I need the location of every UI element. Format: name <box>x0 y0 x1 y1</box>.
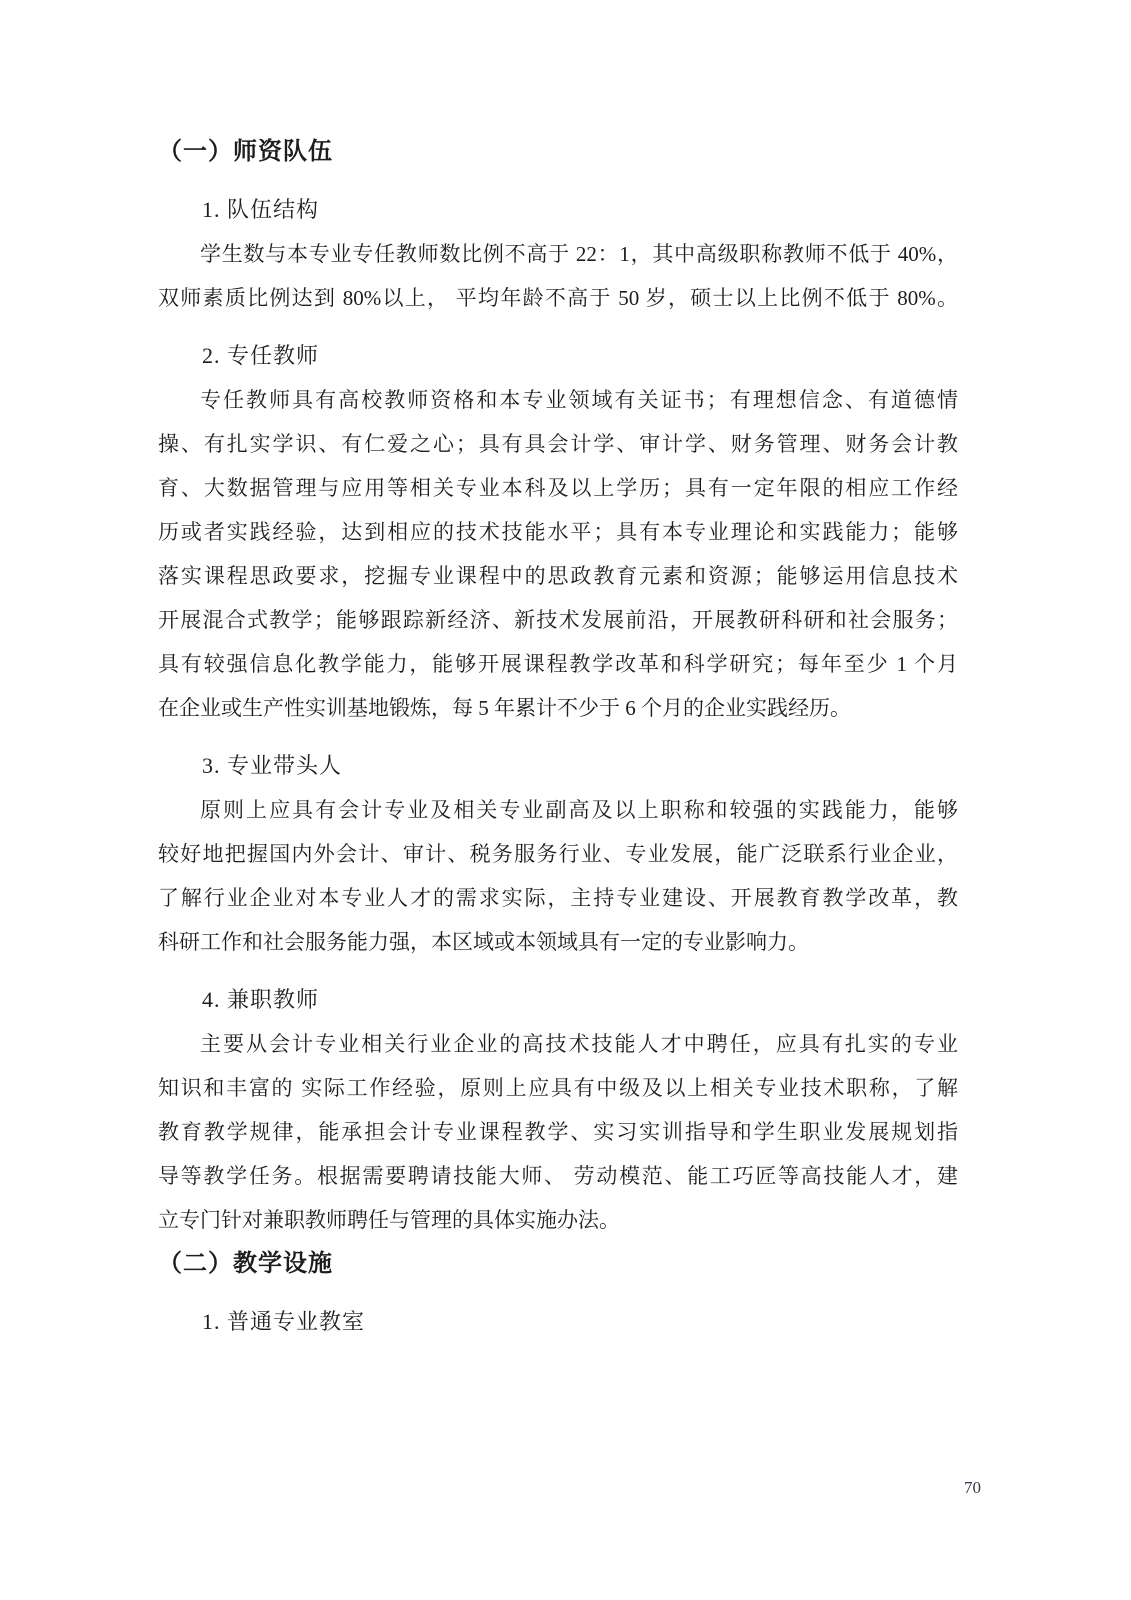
paragraph-line: 导等教学任务。根据需要聘请技能大师、 劳动模范、能工巧匠等高技能人才，建 <box>158 1154 958 1198</box>
paragraph-fulltime-teachers: 专任教师具有高校教师资格和本专业领域有关证书；有理想信念、有道德情 操、有扎实学… <box>158 378 958 730</box>
paragraph-line: 较好地把握国内外会计、审计、税务服务行业、专业发展，能广泛联系行业企业， <box>158 832 958 876</box>
paragraph-line: 落实课程思政要求，挖掘专业课程中的思政教育元素和资源；能够运用信息技术 <box>158 554 958 598</box>
subsection-heading-ordinary-classroom: 1. 普通专业教室 <box>158 1300 958 1344</box>
page-number: 70 <box>964 1478 981 1498</box>
paragraph-line: 教育教学规律，能承担会计专业课程教学、实习实训指导和学生职业发展规划指 <box>158 1110 958 1154</box>
document-page: （一）师资队伍 1. 队伍结构 学生数与本专业专任教师数比例不高于 22：1，其… <box>0 0 1131 1600</box>
paragraph-line: 了解行业企业对本专业人才的需求实际，主持专业建设、开展教育教学改革，教 <box>158 876 958 920</box>
subsection-heading-team-structure: 1. 队伍结构 <box>158 188 958 232</box>
section-heading-teaching-facilities: （二）教学设施 <box>158 1242 958 1286</box>
subsection-heading-fulltime-teachers: 2. 专任教师 <box>158 334 958 378</box>
paragraph-line: 历或者实践经验，达到相应的技术技能水平；具有本专业理论和实践能力；能够 <box>158 510 958 554</box>
paragraph-line: 双师素质比例达到 80%以上， 平均年龄不高于 50 岁，硕士以上比例不低于 8… <box>158 276 958 320</box>
section-heading-teachers: （一）师资队伍 <box>158 130 958 174</box>
paragraph-line: 科研工作和社会服务能力强，本区域或本领域具有一定的专业影响力。 <box>158 920 958 964</box>
paragraph-line: 育、大数据管理与应用等相关专业本科及以上学历；具有一定年限的相应工作经 <box>158 466 958 510</box>
paragraph-line: 立专门针对兼职教师聘任与管理的具体实施办法。 <box>158 1198 958 1242</box>
paragraph-team-structure: 学生数与本专业专任教师数比例不高于 22：1，其中高级职称教师不低于 40%， … <box>158 232 958 320</box>
paragraph-line: 学生数与本专业专任教师数比例不高于 22：1，其中高级职称教师不低于 40%， <box>158 232 958 276</box>
paragraph-line: 主要从会计专业相关行业企业的高技术技能人才中聘任，应具有扎实的专业 <box>158 1022 958 1066</box>
paragraph-line: 原则上应具有会计专业及相关专业副高及以上职称和较强的实践能力，能够 <box>158 788 958 832</box>
subsection-heading-parttime-teachers: 4. 兼职教师 <box>158 978 958 1022</box>
paragraph-line: 在企业或生产性实训基地锻炼，每 5 年累计不少于 6 个月的企业实践经历。 <box>158 686 958 730</box>
paragraph-program-leader: 原则上应具有会计专业及相关专业副高及以上职称和较强的实践能力，能够 较好地把握国… <box>158 788 958 964</box>
paragraph-parttime-teachers: 主要从会计专业相关行业企业的高技术技能人才中聘任，应具有扎实的专业 知识和丰富的… <box>158 1022 958 1242</box>
paragraph-line: 开展混合式教学；能够跟踪新经济、新技术发展前沿，开展教研科研和社会服务； <box>158 598 958 642</box>
text-block: （一）师资队伍 1. 队伍结构 学生数与本专业专任教师数比例不高于 22：1，其… <box>158 130 958 1344</box>
paragraph-line: 知识和丰富的 实际工作经验，原则上应具有中级及以上相关专业技术职称，了解 <box>158 1066 958 1110</box>
subsection-heading-program-leader: 3. 专业带头人 <box>158 744 958 788</box>
paragraph-line: 操、有扎实学识、有仁爱之心；具有具会计学、审计学、财务管理、财务会计教 <box>158 422 958 466</box>
paragraph-line: 专任教师具有高校教师资格和本专业领域有关证书；有理想信念、有道德情 <box>158 378 958 422</box>
paragraph-line: 具有较强信息化教学能力，能够开展课程教学改革和科学研究；每年至少 1 个月 <box>158 642 958 686</box>
